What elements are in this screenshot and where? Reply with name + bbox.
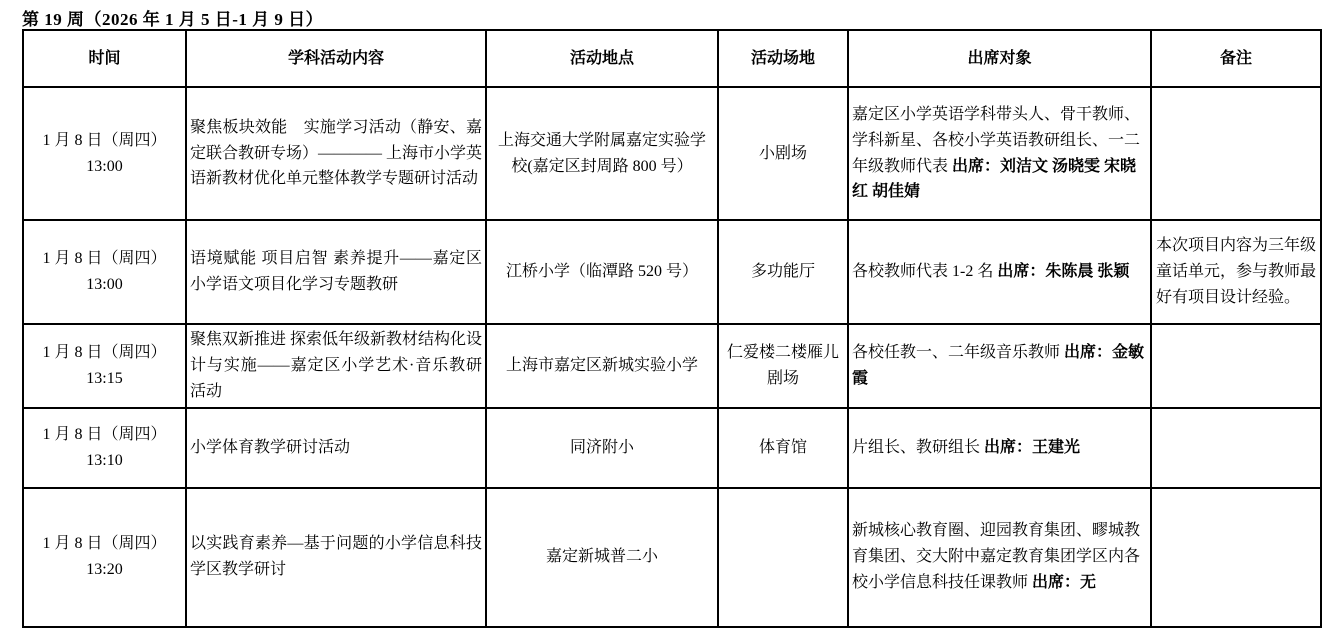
cell-venue: 小剧场 bbox=[718, 87, 848, 220]
cell-location: 同济附小 bbox=[486, 408, 718, 488]
attendees-description: 各校教师代表 1-2 名 bbox=[852, 263, 993, 280]
attendees-present: 出席：无 bbox=[1032, 574, 1096, 591]
header-location: 活动地点 bbox=[486, 30, 718, 87]
cell-note bbox=[1151, 488, 1321, 627]
cell-venue bbox=[718, 488, 848, 627]
attendees-description: 片组长、教研组长 bbox=[852, 439, 980, 456]
table-row: 1 月 8 日（周四） 13:00 语境赋能 项目启智 素养提升——嘉定区小学语… bbox=[23, 220, 1321, 324]
header-time: 时间 bbox=[23, 30, 186, 87]
cell-attendees: 片组长、教研组长 出席：王建光 bbox=[848, 408, 1151, 488]
cell-time: 1 月 8 日（周四） 13:15 bbox=[23, 324, 186, 408]
table-row: 1 月 8 日（周四） 13:15 聚焦双新推进 探索低年级新教材结构化设计与实… bbox=[23, 324, 1321, 408]
cell-venue: 仁爱楼二楼雁儿剧场 bbox=[718, 324, 848, 408]
cell-note bbox=[1151, 324, 1321, 408]
activity-clock: 13:20 bbox=[28, 557, 181, 583]
table-row: 1 月 8 日（周四） 13:20 以实践育素养—基于问题的小学信息科技学区教学… bbox=[23, 488, 1321, 627]
activity-clock: 13:15 bbox=[28, 366, 181, 392]
activity-date: 1 月 8 日（周四） bbox=[28, 340, 181, 366]
cell-activity-content: 小学体育教学研讨活动 bbox=[186, 408, 486, 488]
attendees-present: 出席：朱陈晨 张颖 bbox=[997, 263, 1129, 280]
activity-clock: 13:10 bbox=[28, 448, 181, 474]
cell-attendees: 新城核心教育圈、迎园教育集团、疁城教育集团、交大附中嘉定教育集团学区内各校小学信… bbox=[848, 488, 1151, 627]
cell-venue: 体育馆 bbox=[718, 408, 848, 488]
activity-clock: 13:00 bbox=[28, 154, 181, 180]
table-row: 1 月 8 日（周四） 13:00 聚焦板块效能 实施学习活动（静安、嘉定联合教… bbox=[23, 87, 1321, 220]
header-venue: 活动场地 bbox=[718, 30, 848, 87]
document-page: 第 19 周（2026 年 1 月 5 日-1 月 9 日） 时间 学科活动内容… bbox=[0, 0, 1333, 640]
header-note: 备注 bbox=[1151, 30, 1321, 87]
activity-date: 1 月 8 日（周四） bbox=[28, 128, 181, 154]
cell-note: 本次项目内容为三年级童话单元，参与教师最好有项目设计经验。 bbox=[1151, 220, 1321, 324]
cell-activity-content: 聚焦板块效能 实施学习活动（静安、嘉定联合教研专场）———— 上海市小学英语新教… bbox=[186, 87, 486, 220]
cell-time: 1 月 8 日（周四） 13:10 bbox=[23, 408, 186, 488]
cell-location: 江桥小学（临潭路 520 号） bbox=[486, 220, 718, 324]
cell-activity-content: 聚焦双新推进 探索低年级新教材结构化设计与实施——嘉定区小学艺术·音乐教研活动 bbox=[186, 324, 486, 408]
header-attendees: 出席对象 bbox=[848, 30, 1151, 87]
cell-activity-content: 以实践育素养—基于问题的小学信息科技学区教学研讨 bbox=[186, 488, 486, 627]
attendees-present: 出席：王建光 bbox=[984, 439, 1080, 456]
activity-date: 1 月 8 日（周四） bbox=[28, 422, 181, 448]
cell-attendees: 各校任教一、二年级音乐教师 出席：金敏霞 bbox=[848, 324, 1151, 408]
cell-note bbox=[1151, 408, 1321, 488]
schedule-table-body: 1 月 8 日（周四） 13:00 聚焦板块效能 实施学习活动（静安、嘉定联合教… bbox=[23, 87, 1321, 627]
weekly-schedule-table: 时间 学科活动内容 活动地点 活动场地 出席对象 备注 1 月 8 日（周四） … bbox=[22, 29, 1322, 628]
activity-date: 1 月 8 日（周四） bbox=[28, 246, 181, 272]
table-header-row: 时间 学科活动内容 活动地点 活动场地 出席对象 备注 bbox=[23, 30, 1321, 87]
cell-activity-content: 语境赋能 项目启智 素养提升——嘉定区小学语文项目化学习专题教研 bbox=[186, 220, 486, 324]
attendees-description: 各校任教一、二年级音乐教师 bbox=[852, 344, 1060, 361]
cell-location: 嘉定新城普二小 bbox=[486, 488, 718, 627]
activity-clock: 13:00 bbox=[28, 272, 181, 298]
cell-time: 1 月 8 日（周四） 13:20 bbox=[23, 488, 186, 627]
attendees-description: 新城核心教育圈、迎园教育集团、疁城教育集团、交大附中嘉定教育集团学区内各校小学信… bbox=[852, 522, 1140, 591]
cell-note bbox=[1151, 87, 1321, 220]
cell-location: 上海交通大学附属嘉定实验学校(嘉定区封周路 800 号） bbox=[486, 87, 718, 220]
cell-attendees: 各校教师代表 1-2 名 出席：朱陈晨 张颖 bbox=[848, 220, 1151, 324]
cell-location: 上海市嘉定区新城实验小学 bbox=[486, 324, 718, 408]
activity-date: 1 月 8 日（周四） bbox=[28, 531, 181, 557]
cell-attendees: 嘉定区小学英语学科带头人、骨干教师、学科新星、各校小学英语教研组长、一二年级教师… bbox=[848, 87, 1151, 220]
cell-time: 1 月 8 日（周四） 13:00 bbox=[23, 220, 186, 324]
header-content: 学科活动内容 bbox=[186, 30, 486, 87]
cell-time: 1 月 8 日（周四） 13:00 bbox=[23, 87, 186, 220]
table-row: 1 月 8 日（周四） 13:10 小学体育教学研讨活动 同济附小 体育馆 片组… bbox=[23, 408, 1321, 488]
cell-venue: 多功能厅 bbox=[718, 220, 848, 324]
page-title: 第 19 周（2026 年 1 月 5 日-1 月 9 日） bbox=[22, 5, 323, 30]
